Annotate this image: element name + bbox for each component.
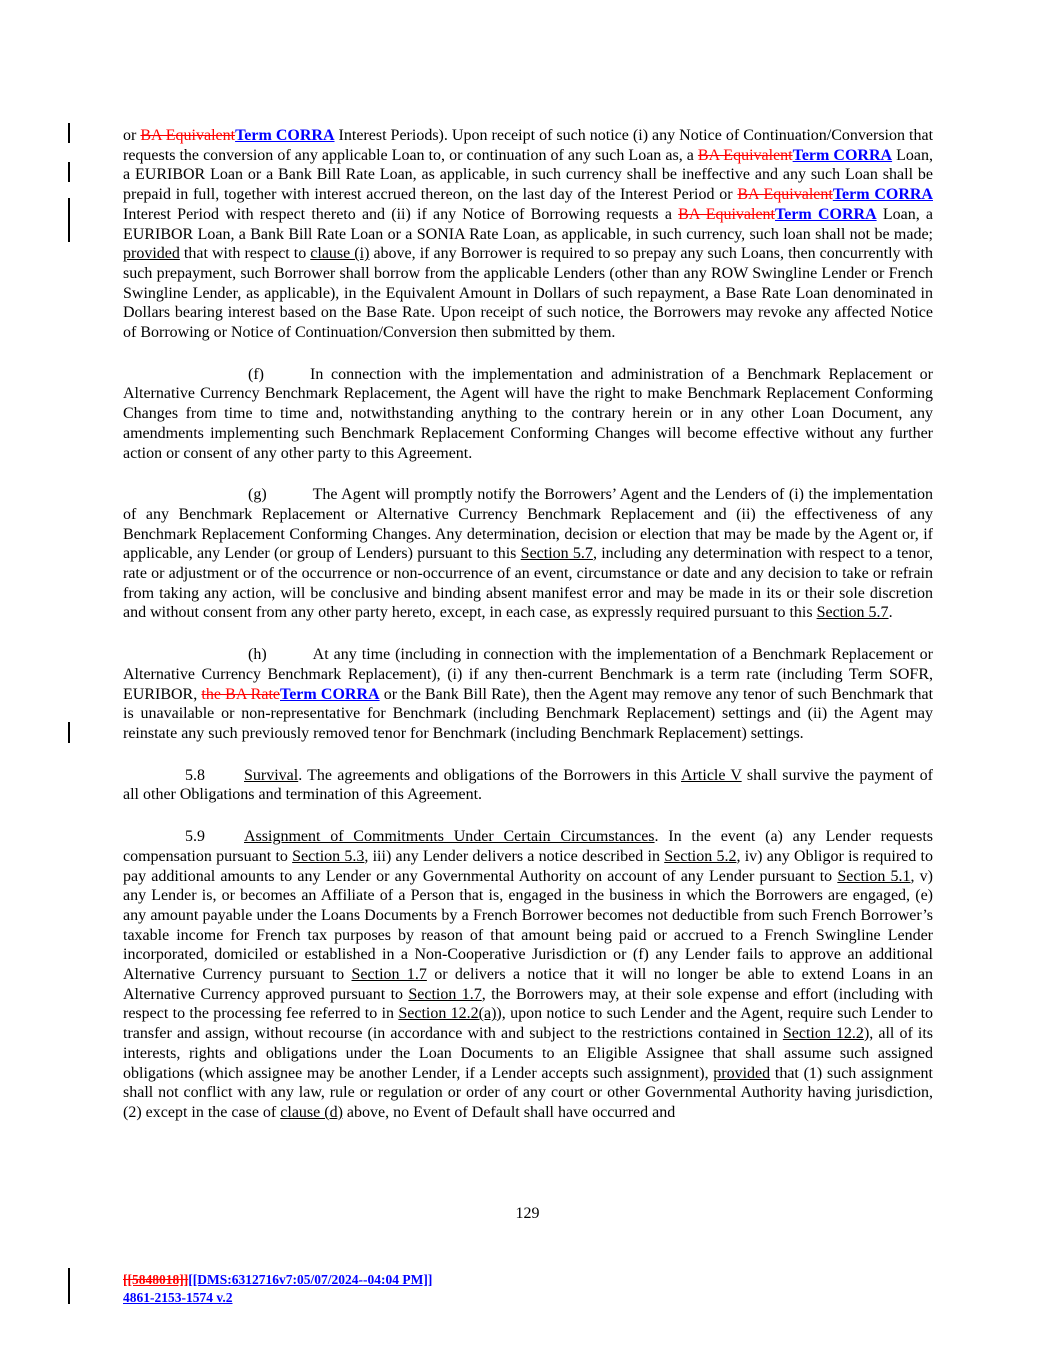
footer-line-1: [[5848018]][[DMS:6312716v7:05/07/2024--0…	[123, 1271, 432, 1289]
change-bar	[68, 123, 70, 143]
text-segment-underline: Assignment of Commitments Under Certain …	[244, 828, 655, 845]
text-segment-underline: Section 5.7	[817, 604, 889, 621]
section-5-8: 5.8Survival. The agreements and obligati…	[123, 766, 933, 805]
paragraph-h: (h)At any time (including in connection …	[123, 645, 933, 744]
document-body: or BA EquivalentTerm CORRA Interest Peri…	[123, 126, 933, 1145]
text-segment-deletion-underline: [[5848018]]	[123, 1272, 188, 1287]
text-segment-insertion: Term CORRA	[280, 686, 380, 703]
paragraph-h-text: At any time (including in connection wit…	[123, 646, 933, 742]
text-segment-insertion: 4861-2153-1574 v.2	[123, 1290, 233, 1305]
text-segment-deletion: BA Equivalent	[698, 147, 793, 164]
text-segment-normal: or	[123, 127, 140, 144]
text-segment-insertion: Term CORRA	[235, 127, 334, 144]
text-segment-underline: Section 12.2	[783, 1025, 864, 1042]
text-segment-normal: In connection with the implementation an…	[123, 366, 933, 462]
text-segment-insertion: Term CORRA	[793, 147, 892, 164]
text-segment-normal: that with respect to	[180, 245, 310, 262]
paragraph-continuation: or BA EquivalentTerm CORRA Interest Peri…	[123, 126, 933, 343]
footer-line-2: 4861-2153-1574 v.2	[123, 1289, 432, 1307]
section-5-9-number: 5.9	[185, 828, 205, 845]
section-5-8-text: Survival. The agreements and obligations…	[123, 767, 933, 804]
text-segment-underline: provided	[123, 245, 180, 262]
text-segment-underline: Section 1.7	[408, 986, 481, 1003]
document-id-footer: [[5848018]][[DMS:6312716v7:05/07/2024--0…	[123, 1271, 432, 1307]
page-number: 129	[0, 1205, 1055, 1223]
change-bar	[68, 162, 70, 182]
text-segment-underline: clause (d)	[280, 1104, 343, 1121]
paragraph-g-label: (g)	[248, 486, 267, 503]
paragraph-f: (f)In connection with the implementation…	[123, 365, 933, 464]
text-segment-insertion: Term CORRA	[775, 206, 877, 223]
section-5-9-text: Assignment of Commitments Under Certain …	[123, 828, 933, 1121]
change-bar	[68, 198, 70, 242]
text-segment-underline: Section 5.7	[521, 545, 593, 562]
text-segment-deletion: BA Equivalent	[140, 127, 235, 144]
text-segment-underline: clause (i)	[310, 245, 369, 262]
paragraph-h-label: (h)	[248, 646, 267, 663]
text-segment-underline: Section 5.2	[664, 848, 736, 865]
text-segment-underline: Section 1.7	[352, 966, 427, 983]
text-segment-underline: provided	[713, 1065, 770, 1082]
text-segment-normal: .	[889, 604, 893, 621]
text-segment-underline: Survival	[244, 767, 298, 784]
text-segment-underline: Section 12.2(a)	[398, 1005, 496, 1022]
text-segment-insertion: [[DMS:6312716v7:05/07/2024--04:04 PM]]	[188, 1272, 432, 1287]
section-5-8-number: 5.8	[185, 767, 205, 784]
text-segment-insertion: Term CORRA	[833, 186, 933, 203]
paragraph-f-text: In connection with the implementation an…	[123, 366, 933, 462]
section-5-9: 5.9Assignment of Commitments Under Certa…	[123, 827, 933, 1123]
text-segment-underline: Article V	[681, 767, 742, 784]
text-segment-normal: Interest Period with respect thereto and…	[123, 206, 678, 223]
document-page: or BA EquivalentTerm CORRA Interest Peri…	[0, 0, 1055, 1365]
text-segment-deletion: BA Equivalent	[737, 186, 832, 203]
text-segment-normal: , iii) any Lender delivers a notice desc…	[364, 848, 664, 865]
text-segment-deletion: the BA Rate	[201, 686, 280, 703]
text-segment-normal: . The agreements and obligations of the …	[298, 767, 681, 784]
text-segment-normal: above, no Event of Default shall have oc…	[343, 1104, 675, 1121]
paragraph-g-text: The Agent will promptly notify the Borro…	[123, 486, 933, 621]
change-bar	[68, 722, 70, 743]
text-segment-underline: Section 5.1	[837, 868, 910, 885]
paragraph-f-label: (f)	[248, 366, 264, 383]
change-bar	[68, 1268, 70, 1304]
text-segment-deletion: BA Equivalent	[678, 206, 775, 223]
text-segment-underline: Section 5.3	[292, 848, 364, 865]
paragraph-g: (g)The Agent will promptly notify the Bo…	[123, 485, 933, 623]
